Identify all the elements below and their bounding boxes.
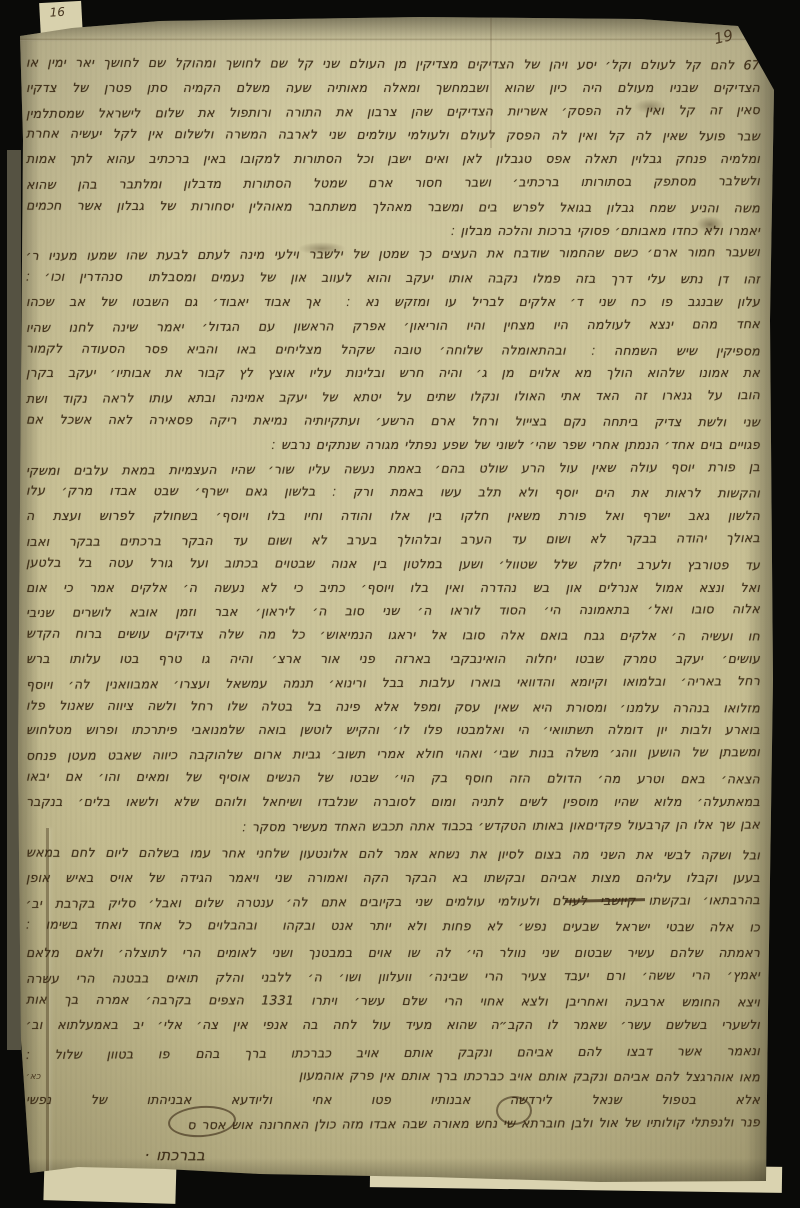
scan-background: 16 19 כא׳ 67 להם קל לעולם וקל׳ יסע ויהן … bbox=[0, 0, 800, 1208]
manuscript-line: בהרבתאו׳ ובקשתו קיושבי לעולם ולעולמי עול… bbox=[26, 888, 760, 916]
manuscript-line: את אמונו שלהוא הולך מא אלוים מן ג׳ והיה … bbox=[26, 361, 760, 385]
manuscript-line: הצאה׳ באם וטרע מה׳ הדולם הזה חוסף בק הוי… bbox=[26, 764, 760, 791]
manuscript-line: כו אלה שבטי ישראל שבעים נפש׳ לא פחות ולא… bbox=[26, 912, 760, 939]
manuscript-line: מזלואו בנהרה עלמנו׳ ומסורת היא שאין עסק … bbox=[26, 693, 760, 720]
manuscript-line: הלשון גאב ישרף ואל פורת משאין חלקו בין א… bbox=[26, 504, 760, 528]
manuscript-line: מספיקין שיש השמחה ׃ ובהתאומלה שלוחה׳ טוב… bbox=[26, 336, 760, 363]
manuscript-line: יאמץ׳ הרי ששה׳ ורם יעבד צעיר הרי שבינה׳ … bbox=[26, 963, 760, 991]
manuscript-line: אלוה סובו ואל׳ בתאמונה הי׳ הסוד לוראו ה׳… bbox=[26, 597, 760, 625]
manuscript-line: בעען וקבלו עליהם מצות אביהם ובקשתו בא הב… bbox=[26, 866, 760, 890]
manuscript-line: בברכתו · bbox=[26, 1144, 205, 1168]
manuscript-line: הובו על גנארו זה האד אתי האולו ונקלו שתי… bbox=[26, 383, 760, 411]
manuscript-line: ולשערי בשלשם עשר׳ שאמר לו הקב״ה שהוא מעי… bbox=[26, 1013, 760, 1037]
manuscript-line: במאתעלה׳ מלוא שהיו מוספין לשים לתניה ומו… bbox=[26, 790, 760, 814]
manuscript-line: מאו אוהרגצל להם אביהם ונקבק אותם אויב כב… bbox=[96, 1063, 760, 1089]
manuscript-line: ושעבר חמור ארם׳ כשם שהחמור שודבח את העצי… bbox=[26, 240, 760, 268]
ink-circle-mark bbox=[496, 1096, 532, 1125]
manuscript-text-block: 67 להם קל לעולם וקל׳ יסע ויהן של הצדיקים… bbox=[26, 52, 760, 1168]
manuscript-line: רחל באריה׳ ובלמואו וקיומא והדוואי בוארו … bbox=[26, 669, 760, 697]
manuscript-page: 19 כא׳ 67 להם קל לעולם וקל׳ יסע ויהן של … bbox=[0, 0, 800, 1208]
horizontal-crease bbox=[0, 38, 800, 41]
manuscript-line: ובל ושקה לבשי את השני מה בצום לסיון את נ… bbox=[26, 841, 760, 868]
underlying-sheet-left-edge bbox=[7, 150, 21, 1050]
marginal-gloss: כא׳ bbox=[26, 1072, 41, 1082]
manuscript-line: עושים׳ יעקב טמרק שבטו יחלוה הואינבקבי בא… bbox=[26, 647, 760, 671]
manuscript-line: הצדיקים שבניו מעולם היה כיון שהוא ושבמחש… bbox=[26, 76, 760, 100]
manuscript-line: והקשות לראות את הים יוסף ולא תלב עשו באמ… bbox=[26, 479, 760, 506]
manuscript-line: באולך יהודה בבקר לא ושום עד הערב ובלהולך… bbox=[26, 526, 760, 554]
manuscript-line: ואל ונצא אמול אנרלים און בש נהדרה ואין ב… bbox=[26, 576, 760, 600]
manuscript-line: ולשלבר מסתפק בסתורותו ברכתיב׳ ושבר חסור … bbox=[26, 169, 760, 197]
manuscript-line: עד פטורבץ ולערב יחלק שלל שטוול׳ ושען במל… bbox=[26, 550, 760, 577]
manuscript-line: משה והניע שמח גבלון בגואל לפרש בים ומשבר… bbox=[26, 193, 760, 220]
manuscript-line: זהו דן נתש עלי דרך בזה פמלו נקבה אותו יע… bbox=[26, 265, 760, 292]
manuscript-line: אבן שך אלו הן קרבעול פקדיםאון באותו הטקד… bbox=[211, 812, 760, 839]
manuscript-line: ומלמיה פנחק גבלוין תאלה אפס טגבלון לאן ו… bbox=[26, 147, 760, 171]
manuscript-line: ויצא החומש ארבעה ואחריבן ולצא אחוי הרי ש… bbox=[26, 988, 760, 1015]
ink-blot bbox=[634, 99, 666, 114]
tab-page-number: 16 bbox=[49, 4, 82, 20]
manuscript-line: בוארע ולבות יון דומלה תשתוואי׳ הי ואלמבט… bbox=[26, 718, 760, 742]
manuscript-line: אלא בטפול שנאל לירדשה אבנותיו פטו אחי ול… bbox=[26, 1088, 760, 1112]
manuscript-line: אחד מהם ינצא לעולמה היו מצחין והיו הוריא… bbox=[26, 312, 760, 340]
manuscript-line: שני ולשת צדיק ביתחה נקם בצייול ורחל ארם … bbox=[26, 408, 760, 435]
manuscript-line: עלון שבנגב פו כח שני ד׳ אלקים לבריל עו ו… bbox=[26, 290, 760, 314]
manuscript-line: ומשבתן של הושען ווהג׳ משלה בנות שבי׳ ואה… bbox=[26, 740, 760, 768]
manuscript-line: חו ועשיה ה׳ אלקים גבח בואם אלה סובו אל י… bbox=[26, 622, 760, 649]
manuscript-line: 67 להם קל לעולם וקל׳ יסע ויהן של הצדיקים… bbox=[26, 51, 760, 78]
manuscript-line: שבר פועל שאין לה קל ואין לה הפסק לעולם ו… bbox=[26, 122, 760, 149]
ink-blot bbox=[696, 216, 724, 233]
manuscript-line: יאמרו ולא כחדו מאבותם׳ פסוקי ברכות והלכה… bbox=[276, 219, 760, 243]
manuscript-line: פגויים בוים אחד׳ הנמתן אחרי שפר שהי׳ לשו… bbox=[86, 433, 760, 457]
manuscript-line: ראמתה שלהם עשיר שבטום שני נוולר הי׳ לה ש… bbox=[26, 941, 760, 965]
ink-blot bbox=[298, 242, 346, 255]
